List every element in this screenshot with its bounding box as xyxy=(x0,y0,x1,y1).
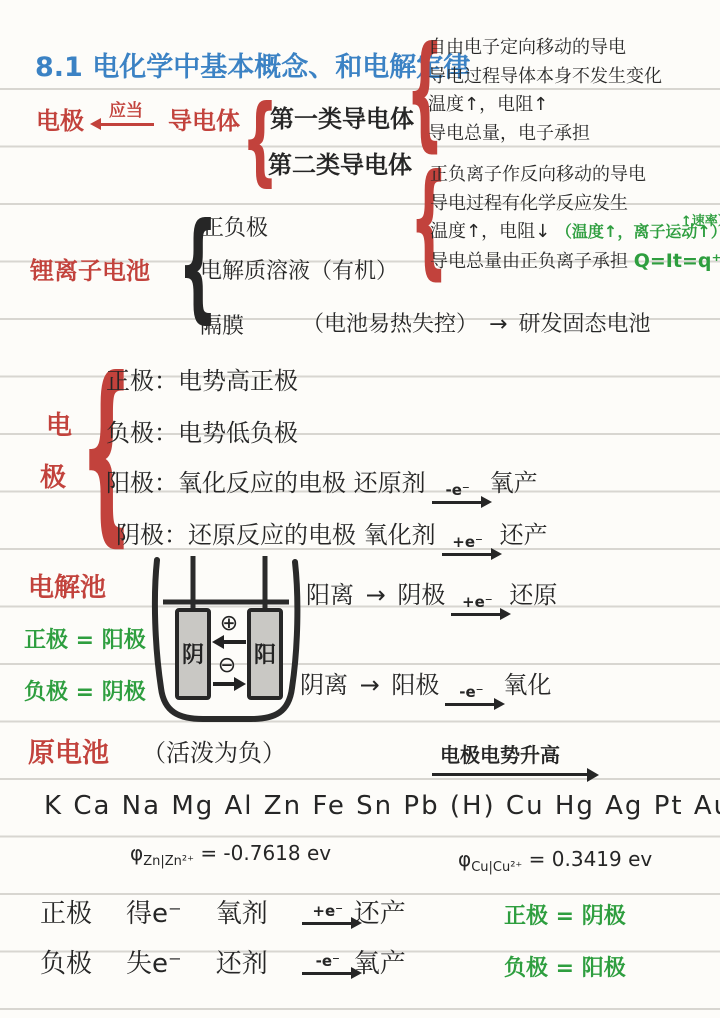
note-line: 自由电子定向移动的导电 xyxy=(428,34,662,63)
charge-formula: Q=It=q⁺+q⁻ xyxy=(634,250,720,272)
cation-migration-line: 阳离 → 阴极+e⁻还原 xyxy=(306,582,557,616)
note-line: 导电过程导体本身不发生变化 xyxy=(428,63,662,92)
electrode-label-bottom: 极 xyxy=(40,464,66,494)
metal-activity-series: K Ca Na Mg Al Zn Fe Sn Pb (H) Cu Hg Ag P… xyxy=(44,792,720,822)
type2-notes: 正负离子作反向移动的导电 导电过程有化学反应发生 温度↑，电阻↓ （温度↑，离子… xyxy=(430,161,720,276)
phi-cu: φCu|Cu²⁺ = 0.3419 ev xyxy=(458,848,652,876)
li-battery-item: 隔膜 xyxy=(200,314,244,339)
note-line: 导电过程有化学反应发生 xyxy=(430,190,720,219)
anion-symbol: ⊖ xyxy=(218,653,236,678)
type1-notes: 自由电子定向移动的导电 导电过程导体本身不发生变化 温度↑，电阻↑ 导电总量，电… xyxy=(428,34,662,148)
cation-symbol: ⊕ xyxy=(220,611,238,636)
li-battery-item: 电解质溶液（有机） xyxy=(200,259,398,284)
galvanic-label: 原电池 xyxy=(28,738,109,769)
notes-page: { "palette": {"ink": "#262626", "red": "… xyxy=(0,0,720,1018)
type1-conductor-label: 第一类导电体 xyxy=(270,106,414,134)
term-conductor: 导电体 xyxy=(168,108,240,136)
electrode-label-top: 电 xyxy=(46,412,72,442)
rate-sup-note: ↑速率） xyxy=(681,208,720,237)
electrolysis-eq-pos: 正极 = 阳极 xyxy=(24,628,146,653)
temperature-green-note: （温度↑，离子运动↑）↑速率） xyxy=(556,222,720,241)
li-battery-item: 正负极 xyxy=(202,216,268,241)
potential-axis-arrow xyxy=(432,773,590,776)
type2-conductor-label: 第二类导电体 xyxy=(268,152,412,180)
implies-arrow: → xyxy=(489,312,507,337)
li-battery-warning: （电池易热失控） → 研发固态电池 xyxy=(302,312,650,337)
relation-arrow-left: 应当 xyxy=(92,98,160,126)
galvanic-pos-eq: 正极 = 阴极 xyxy=(504,904,626,929)
galvanic-neg-eq: 负极 = 阳极 xyxy=(504,956,626,981)
cathode-label: 阴 xyxy=(182,643,204,668)
electrode-line-anode: 阳极：氧化反应的电极 还原剂-e⁻氧产 xyxy=(106,470,538,504)
electrode-line-cathode: 阴极：还原反应的电极 氧化剂+e⁻还产 xyxy=(116,522,548,556)
electrolysis-eq-neg: 负极 = 阴极 xyxy=(24,680,146,705)
phi-zn: φZn|Zn²⁺ = -0.7618 ev xyxy=(130,842,331,870)
electrolysis-label: 电解池 xyxy=(28,574,106,604)
note-line: 导电总量由正负离子承担 Q=It=q⁺+q⁻ xyxy=(430,247,720,277)
electrode-line-pos: 正极：电势高正极 xyxy=(106,368,298,396)
term-electrode: 电极 xyxy=(36,108,84,136)
note-line: 温度↑，电阻↑ xyxy=(428,91,662,120)
relation-label: 应当 xyxy=(109,103,143,120)
galvanic-positive-line: 正极 得e⁻ 氧剂 +e⁻ 还产 xyxy=(40,900,406,930)
note-line: 导电总量，电子承担 xyxy=(428,120,662,149)
potential-axis-label: 电极电势升高 xyxy=(440,744,560,767)
note-line: 正负离子作反向移动的导电 xyxy=(430,161,720,190)
electrode-line-neg: 负极：电势低负极 xyxy=(106,420,298,448)
anion-migration-line: 阴离 → 阳极-e⁻氧化 xyxy=(300,672,551,706)
anode-label: 阳 xyxy=(254,643,276,668)
note-line: 温度↑，电阻↓ （温度↑，离子运动↑）↑速率） xyxy=(430,218,720,247)
electrolysis-cell-diagram: 阴 阳 ⊕ ⊖ xyxy=(133,556,317,734)
galvanic-negative-line: 负极 失e⁻ 还剂 -e⁻ 氧产 xyxy=(40,950,406,980)
li-battery-label: 锂离子电池 xyxy=(30,258,150,286)
galvanic-note: （活泼为负） xyxy=(142,740,286,768)
page-title: 8.1 电化学中基本概念、和电解定律 xyxy=(35,52,470,83)
